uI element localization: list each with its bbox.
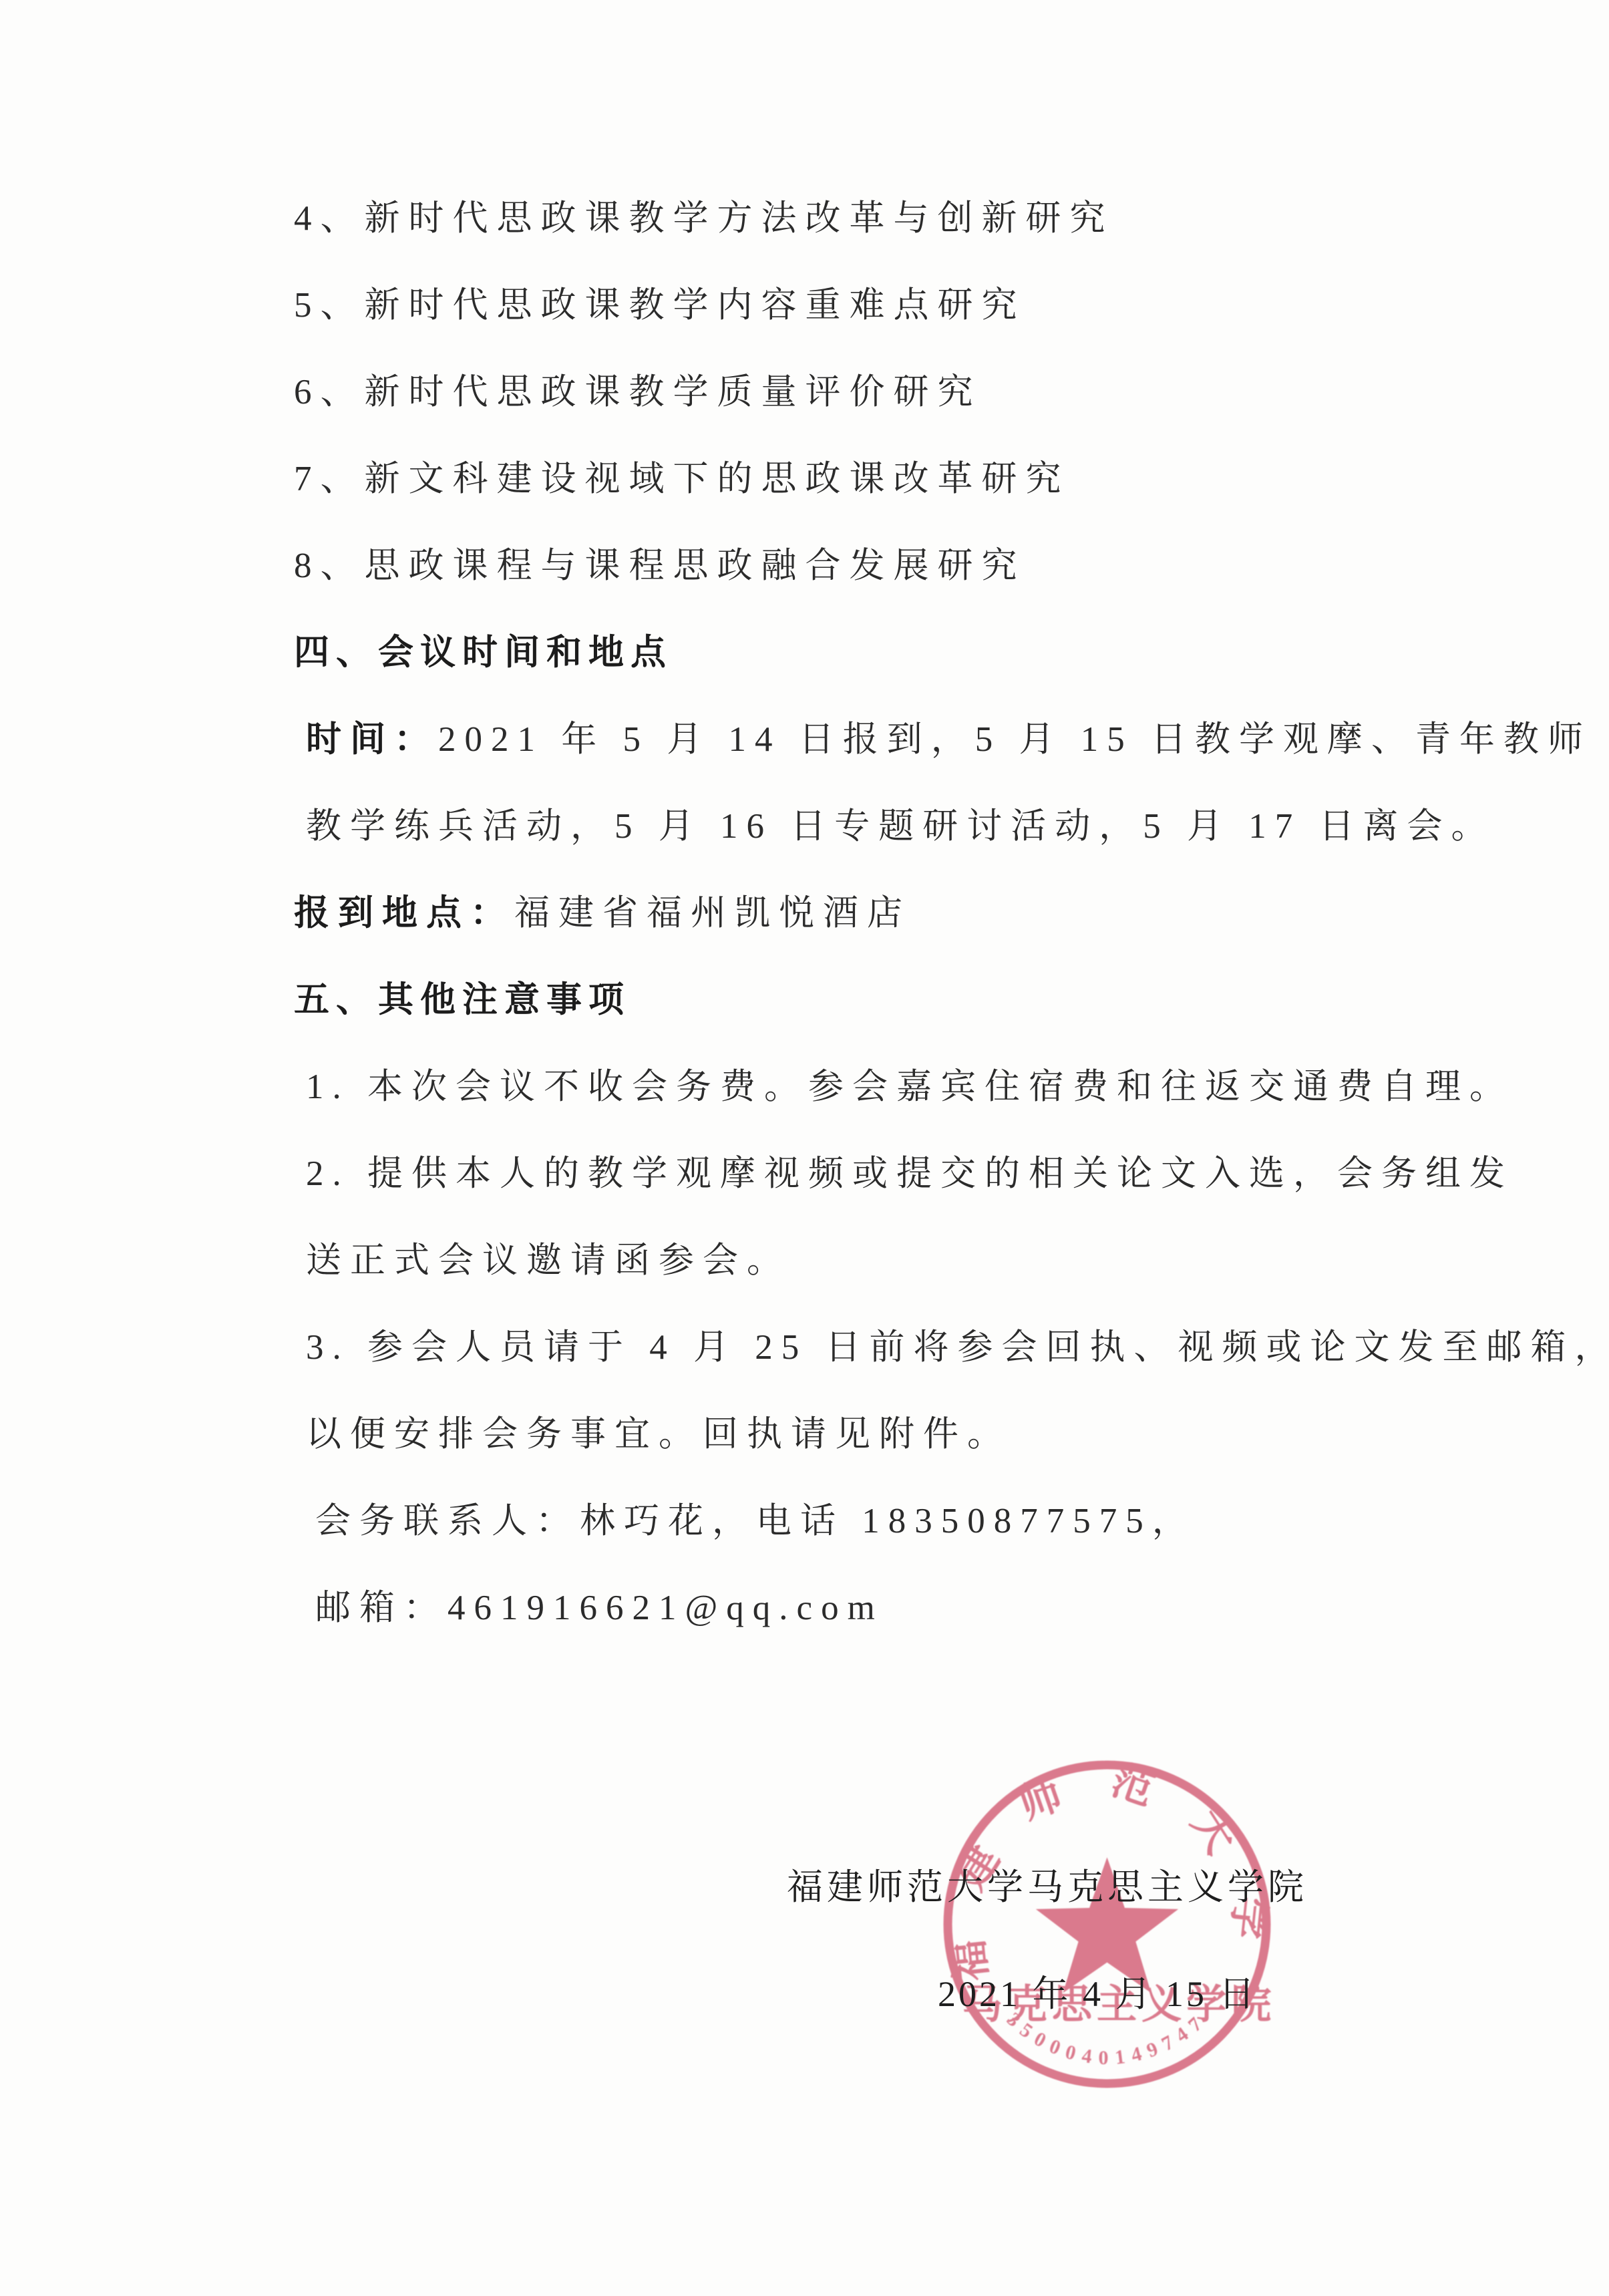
time-line-1-text: 2021 年 5 月 14 日报到，5 月 15 日教学观摩、青年教师 — [438, 711, 1592, 762]
topic-item-4: 4、新时代思政课教学方法改革与创新研究 — [0, 172, 1609, 259]
contact-line: 会务联系人：林巧花，电话 18350877575， — [0, 1474, 1609, 1561]
time-label: 时间： — [306, 711, 438, 762]
contact-line-text: 会务联系人：林巧花，电话 18350877575， — [315, 1492, 1196, 1543]
location-line: 报到地点：福建省福州凯悦酒店 — [0, 866, 1609, 953]
topic-item-7: 7、新文科建设视域下的思政课改革研究 — [0, 432, 1609, 519]
note-2-line-1: 2. 提供本人的教学观摩视频或提交的相关论文入选，会务组发 — [0, 1127, 1609, 1214]
note-3-line-1: 3. 参会人员请于 4 月 25 日前将参会回执、视频或论文发至邮箱， — [0, 1301, 1609, 1387]
note-2-line-2-text: 送正式会议邀请函参会。 — [306, 1232, 791, 1283]
topic-item-5-text: 5、新时代思政课教学内容重难点研究 — [294, 277, 1026, 327]
signature-organization: 福建师范大学马克思主义学院 — [787, 1858, 1308, 1910]
note-1: 1. 本次会议不收会务费。参会嘉宾住宿费和往返交通费自理。 — [0, 1040, 1609, 1127]
time-line-1: 时间：2021 年 5 月 14 日报到，5 月 15 日教学观摩、青年教师 — [0, 693, 1609, 780]
section5-heading: 五、其他注意事项 — [0, 953, 1609, 1040]
document-page: 4、新时代思政课教学方法改革与创新研究 5、新时代思政课教学内容重难点研究 6、… — [0, 0, 1609, 2296]
time-line-2: 教学练兵活动，5 月 16 日专题研讨活动，5 月 17 日离会。 — [0, 780, 1609, 866]
signature-date: 2021 年 4 月 15 日 — [938, 1965, 1258, 2017]
topic-item-6-text: 6、新时代思政课教学质量评价研究 — [294, 363, 982, 414]
note-2-line-1-text: 2. 提供本人的教学观摩视频或提交的相关论文入选，会务组发 — [306, 1145, 1513, 1196]
email-line-text: 邮箱：461916621@qq.com — [315, 1579, 884, 1630]
topic-item-6: 6、新时代思政课教学质量评价研究 — [0, 345, 1609, 432]
section4-heading-text: 四、会议时间和地点 — [294, 624, 673, 675]
topic-item-5: 5、新时代思政课教学内容重难点研究 — [0, 259, 1609, 345]
note-1-text: 1. 本次会议不收会务费。参会嘉宾住宿费和往返交通费自理。 — [306, 1058, 1513, 1109]
note-3-line-2-text: 以便安排会务事宜。回执请见附件。 — [306, 1406, 1011, 1456]
topic-item-8: 8、思政课程与课程思政融合发展研究 — [0, 519, 1609, 606]
location-label: 报到地点： — [294, 884, 514, 935]
location-value: 福建省福州凯悦酒店 — [514, 884, 911, 935]
section4-heading: 四、会议时间和地点 — [0, 606, 1609, 693]
topic-item-4-text: 4、新时代思政课教学方法改革与创新研究 — [294, 190, 1114, 240]
note-3-line-1-text: 3. 参会人员请于 4 月 25 日前将参会回执、视频或论文发至邮箱， — [306, 1319, 1609, 1369]
time-line-2-text: 教学练兵活动，5 月 16 日专题研讨活动，5 月 17 日离会。 — [306, 798, 1495, 848]
email-line: 邮箱：461916621@qq.com — [0, 1561, 1609, 1648]
section5-heading-text: 五、其他注意事项 — [294, 971, 631, 1022]
topic-item-7-text: 7、新文科建设视域下的思政课改革研究 — [294, 450, 1070, 501]
note-3-line-2: 以便安排会务事宜。回执请见附件。 — [0, 1387, 1609, 1474]
document-body: 4、新时代思政课教学方法改革与创新研究 5、新时代思政课教学内容重难点研究 6、… — [0, 172, 1609, 1648]
note-2-line-2: 送正式会议邀请函参会。 — [0, 1214, 1609, 1301]
topic-item-8-text: 8、思政课程与课程思政融合发展研究 — [294, 537, 1026, 588]
official-seal-stamp-icon: 福建师范大学 马克思主义学院 3500040149747 — [932, 1749, 1282, 2100]
